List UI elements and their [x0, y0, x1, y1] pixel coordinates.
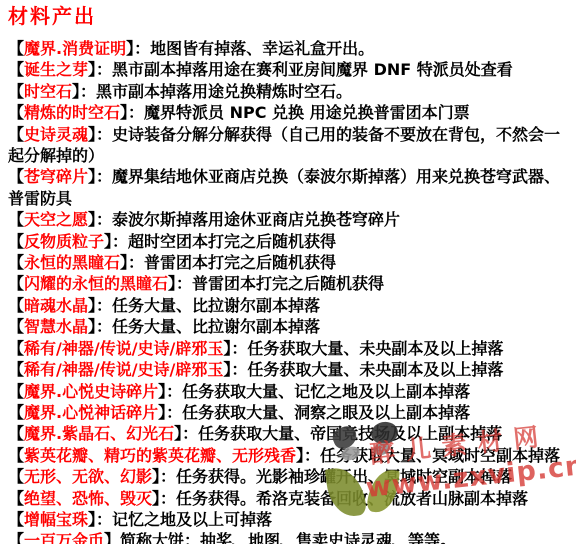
material-name: 稀有/神器/传说/史诗/辟邪玉 — [24, 339, 223, 358]
bracket-open: 【 — [8, 125, 24, 144]
bracket-close: 】 — [120, 103, 128, 122]
material-description: ：黑市副本掉落用途兑换精炼时空石。 — [80, 82, 352, 101]
material-description: ：任务获取大量、帝国竞技场及以上副本掉落 — [182, 424, 502, 443]
material-entry-list: 【魔界.消费证明】：地图皆有掉落、幸运礼盒开出。【诞生之芽】：黑市副本掉落用途在… — [8, 38, 572, 544]
bracket-close: 】 — [152, 489, 160, 508]
bracket-close: 】 — [126, 39, 134, 58]
material-entry: 【智慧水晶】：任务大量、比拉谢尔副本掉落 — [8, 316, 572, 337]
material-entry: 【暗魂水晶】：任务大量、比拉谢尔副本掉落 — [8, 295, 572, 316]
material-entry: 【魔界.消费证明】：地图皆有掉落、幸运礼盒开出。 — [8, 38, 572, 59]
bracket-open: 【 — [8, 467, 24, 486]
material-description: ：任务获取大量、冥域时空副本掉落 — [304, 446, 560, 465]
bracket-open: 【 — [8, 446, 24, 465]
material-name: 反物质粒子 — [24, 232, 104, 251]
material-name: 时空石 — [24, 82, 72, 101]
material-entry: 【绝望、恐怖、毁灭】：任务获得。希洛克装备回收、流放者山脉副本掉落 — [8, 488, 572, 509]
material-name: 暗魂水晶 — [24, 296, 88, 315]
material-name: 智慧水晶 — [24, 317, 88, 336]
material-description: ：任务获得。光影袖珍罐开出、冥域时空副本掉落 — [160, 467, 512, 486]
material-entry: 【闪耀的永恒的黑瞳石】：普雷团本打完之后随机获得 — [8, 273, 572, 294]
bracket-close: 】 — [88, 296, 96, 315]
material-name: 稀有/神器/传说/史诗/辟邪玉 — [24, 360, 223, 379]
material-name: 苍穹碎片 — [24, 167, 88, 186]
material-description: ：任务大量、比拉谢尔副本掉落 — [96, 317, 320, 336]
material-entry: 【稀有/神器/传说/史诗/辟邪玉】：任务获取大量、未央副本及以上掉落 — [8, 338, 572, 359]
material-entry: 【一百万金币】简称大饼：抽奖、地图、售卖史诗灵魂、等等。 — [8, 530, 572, 544]
material-entry: 【天空之愿】：泰波尔斯掉落用途休亚商店兑换苍穹碎片 — [8, 209, 572, 230]
bracket-open: 【 — [8, 403, 24, 422]
bracket-close: 】 — [88, 210, 96, 229]
material-name: 永恒的黑瞳石 — [24, 253, 120, 272]
bracket-open: 【 — [8, 489, 24, 508]
bracket-close: 】 — [152, 467, 160, 486]
bracket-open: 【 — [8, 103, 24, 122]
bracket-open: 【 — [8, 360, 24, 379]
material-description: 简称大饼：抽奖、地图、售卖史诗灵魂、等等。 — [120, 531, 456, 544]
bracket-open: 【 — [8, 82, 24, 101]
material-entry: 【苍穹碎片】：魔界集结地休亚商店兑换（泰波尔斯掉落）用来兑换苍穹武器、普雷防具 — [8, 166, 572, 209]
bracket-close: 】 — [88, 125, 96, 144]
bracket-open: 【 — [8, 60, 24, 79]
bracket-close: 】 — [296, 446, 304, 465]
material-name: 增幅宝珠 — [24, 510, 88, 529]
bracket-close: 】 — [104, 531, 120, 544]
material-entry: 【增幅宝珠】：记忆之地及以上可掉落 — [8, 509, 572, 530]
material-entry: 【精炼的时空石】：魔界特派员 NPC 兑换 用途兑换普雷团本门票 — [8, 102, 572, 123]
bracket-open: 【 — [8, 317, 24, 336]
bracket-open: 【 — [8, 296, 24, 315]
material-name: 一百万金币 — [24, 531, 104, 544]
bracket-close: 】 — [88, 60, 96, 79]
bracket-open: 【 — [8, 253, 24, 272]
material-description: ：地图皆有掉落、幸运礼盒开出。 — [134, 39, 374, 58]
bracket-open: 【 — [8, 232, 24, 251]
document-page: 材料产出 【魔界.消费证明】：地图皆有掉落、幸运礼盒开出。【诞生之芽】：黑市副本… — [0, 0, 576, 544]
material-description: ：普雷团本打完之后随机获得 — [128, 253, 336, 272]
material-description: ：记忆之地及以上可掉落 — [96, 510, 272, 529]
page-title: 材料产出 — [8, 5, 572, 27]
material-entry: 【魔界.心悦史诗碎片】：任务获取大量、记忆之地及以上副本掉落 — [8, 381, 572, 402]
bracket-open: 【 — [8, 531, 24, 544]
bracket-open: 【 — [8, 339, 24, 358]
material-name: 魔界.心悦史诗碎片 — [24, 382, 158, 401]
bracket-close: 】 — [88, 510, 96, 529]
material-description: ：超时空团本打完之后随机获得 — [112, 232, 336, 251]
material-name: 魔界.消费证明 — [24, 39, 126, 58]
bracket-close: 】 — [104, 232, 112, 251]
material-name: 精炼的时空石 — [24, 103, 120, 122]
material-name: 紫英花瓣、精巧的紫英花瓣、无形残香 — [24, 446, 296, 465]
material-description: ：任务获得。希洛克装备回收、流放者山脉副本掉落 — [160, 489, 528, 508]
material-entry: 【诞生之芽】：黑市副本掉落用途在赛利亚房间魔界 DNF 特派员处查看 — [8, 59, 572, 80]
material-description: ：任务获取大量、洞察之眼及以上副本掉落 — [166, 403, 470, 422]
material-name: 诞生之芽 — [24, 60, 88, 79]
material-description: ：黑市副本掉落用途在赛利亚房间魔界 DNF 特派员处查看 — [96, 60, 513, 79]
bracket-open: 【 — [8, 274, 24, 293]
material-entry: 【无形、无欲、幻影】：任务获得。光影袖珍罐开出、冥域时空副本掉落 — [8, 466, 572, 487]
bracket-close: 】 — [120, 253, 128, 272]
material-entry: 【时空石】：黑市副本掉落用途兑换精炼时空石。 — [8, 81, 572, 102]
material-name: 绝望、恐怖、毁灭 — [24, 489, 152, 508]
material-name: 魔界.心悦神话碎片 — [24, 403, 158, 422]
bracket-open: 【 — [8, 167, 24, 186]
bracket-close: 】 — [174, 424, 182, 443]
bracket-open: 【 — [8, 424, 24, 443]
material-description: ：泰波尔斯掉落用途休亚商店兑换苍穹碎片 — [96, 210, 400, 229]
material-description: ：任务获取大量、未央副本及以上掉落 — [231, 339, 503, 358]
material-description: ：任务获取大量、记忆之地及以上副本掉落 — [166, 382, 470, 401]
material-entry: 【魔界.紫晶石、幻光石】：任务获取大量、帝国竞技场及以上副本掉落 — [8, 423, 572, 444]
material-description: ：魔界特派员 NPC 兑换 用途兑换普雷团本门票 — [128, 103, 470, 122]
material-name: 天空之愿 — [24, 210, 88, 229]
material-description: ：任务大量、比拉谢尔副本掉落 — [96, 296, 320, 315]
bracket-close: 】 — [72, 82, 80, 101]
material-name: 闪耀的永恒的黑瞳石 — [24, 274, 168, 293]
bracket-close: 】 — [88, 167, 96, 186]
material-entry: 【反物质粒子】：超时空团本打完之后随机获得 — [8, 231, 572, 252]
material-description: ：普雷团本打完之后随机获得 — [176, 274, 384, 293]
material-name: 魔界.紫晶石、幻光石 — [24, 424, 174, 443]
bracket-close: 】 — [158, 382, 166, 401]
bracket-open: 【 — [8, 510, 24, 529]
material-entry: 【史诗灵魂】：史诗装备分解分解获得（自己用的装备不要放在背包，不然会一起分解掉的… — [8, 124, 572, 167]
material-entry: 【紫英花瓣、精巧的紫英花瓣、无形残香】：任务获取大量、冥域时空副本掉落 — [8, 445, 572, 466]
material-name: 史诗灵魂 — [24, 125, 88, 144]
bracket-close: 】 — [168, 274, 176, 293]
bracket-open: 【 — [8, 210, 24, 229]
bracket-open: 【 — [8, 39, 24, 58]
bracket-close: 】 — [88, 317, 96, 336]
material-name: 无形、无欲、幻影 — [24, 467, 152, 486]
material-entry: 【魔界.心悦神话碎片】：任务获取大量、洞察之眼及以上副本掉落 — [8, 402, 572, 423]
bracket-open: 【 — [8, 382, 24, 401]
material-entry: 【稀有/神器/传说/史诗/辟邪玉】：任务获取大量、未央副本及以上掉落 — [8, 359, 572, 380]
material-description: ：任务获取大量、未央副本及以上掉落 — [231, 360, 503, 379]
material-entry: 【永恒的黑瞳石】：普雷团本打完之后随机获得 — [8, 252, 572, 273]
bracket-close: 】 — [158, 403, 166, 422]
